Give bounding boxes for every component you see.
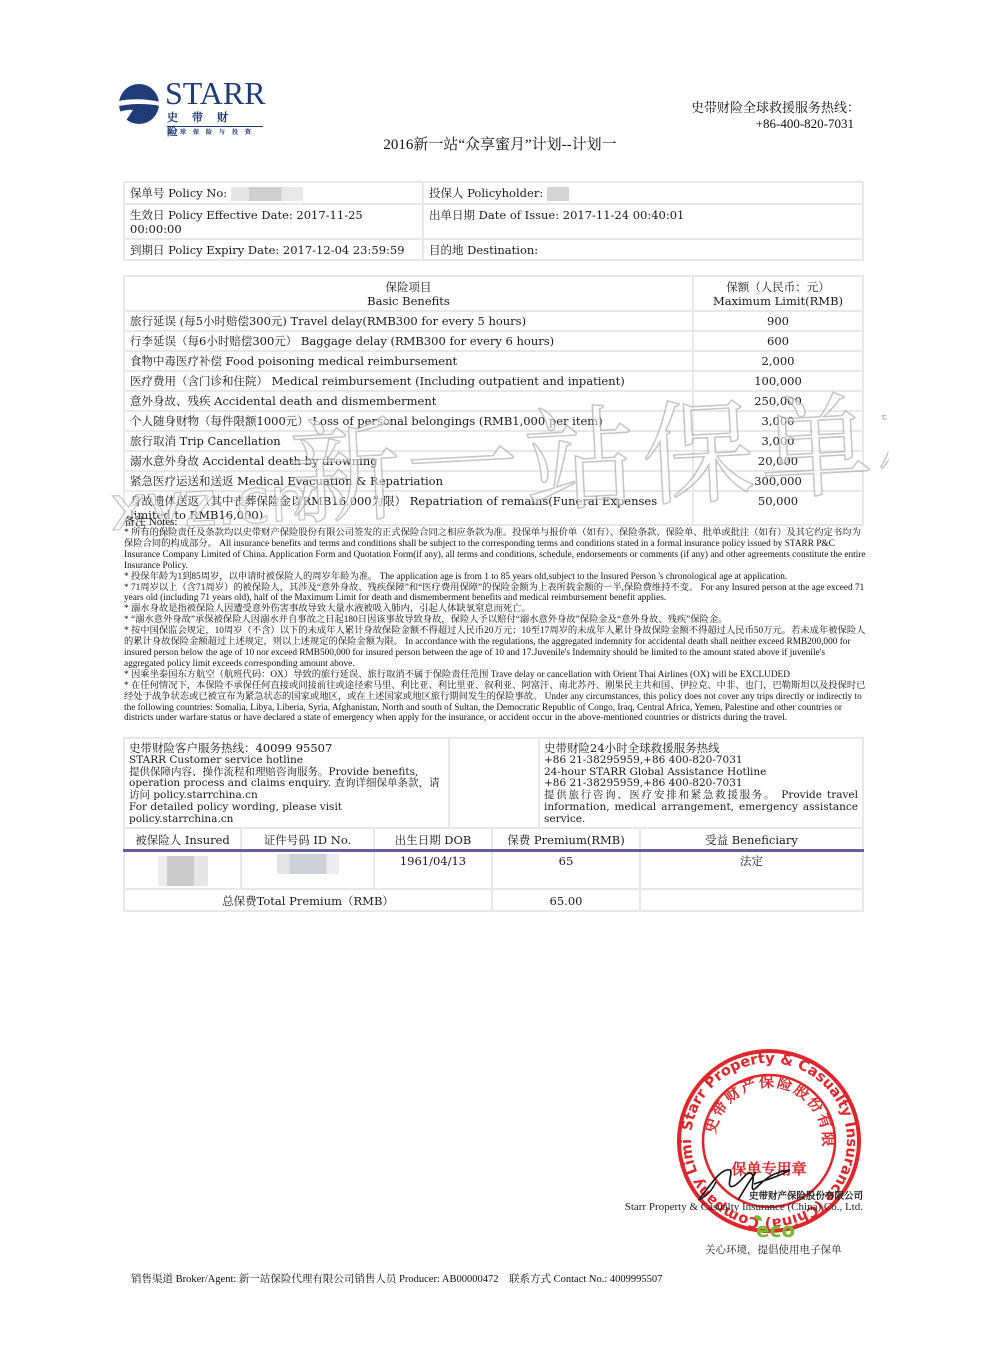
note-item: * 71周岁以上（含71周岁）的被保险人，其涉及“意外身故、残疾保障”和“医疗费… (124, 583, 866, 605)
company-name-cn: 史带财产保险股份有限公司 (749, 1188, 863, 1202)
benefit-item: 个人随身财物（每件限额1000元） Loss of personal belon… (124, 411, 693, 431)
table-row: 溺水意外身故 Accidental death by drowning20,00… (124, 451, 863, 471)
benefit-item: 行李延误（每6小时赔偿300元） Baggage delay (RMB300 f… (124, 331, 693, 351)
insured-col-header: 被保险人 Insured (124, 828, 241, 851)
broker-footer: 销售渠道 Broker/Agent: 新一站保险代理有限公司销售人员 Produ… (131, 1271, 662, 1286)
benefits-item-header-en: Basic Benefits (130, 294, 687, 308)
note-item: * 溺水身故是指被保险人因遭受意外伤害事故导致大量水液被吸入肺内，引起人体缺氧窒… (124, 604, 866, 615)
destination-cell: 目的地 Destination: (423, 239, 863, 260)
benefits-limit-header: 保额（人民币：元） Maximum Limit(RMB) (693, 276, 863, 311)
table-row: 行李延误（每6小时赔偿300元） Baggage delay (RMB300 f… (124, 331, 863, 351)
policy-info-table: 保单号 Policy No: 投保人 Policyholder: 生效日 Pol… (123, 181, 864, 261)
eco-leaf-icon: eco (748, 1212, 800, 1240)
note-item: * 按中国保监会规定，10周岁（不含）以下的未成年人累计身故保险金额不得超过人民… (124, 626, 866, 670)
id-no-cell (241, 851, 374, 890)
dob-col-header: 出生日期 DOB (374, 828, 492, 851)
benefit-limit: 600 (693, 331, 863, 351)
benefit-item: 意外身故、残疾 Accidental death and dismemberme… (124, 391, 693, 411)
benefit-item: 医疗费用（含门诊和住院） Medical reimbursement (Incl… (124, 371, 693, 391)
expiry-date-value: 2017-12-04 23:59:59 (283, 243, 405, 257)
contact-label: 联系方式 Contact No.: (509, 1274, 607, 1285)
benefits-limit-header-cn: 保额（人民币：元） (699, 280, 857, 294)
expiry-date-cell: 到期日 Policy Expiry Date: 2017-12-04 23:59… (124, 239, 423, 260)
table-row: 旅行延误 (每5小时赔偿300元) Travel delay(RMB300 fo… (124, 311, 863, 331)
policy-no-label: 保单号 Policy No: (130, 186, 227, 200)
insured-name-redacted (158, 856, 208, 886)
total-premium-label: 总保费Total Premium（RMB） (124, 889, 492, 911)
logo-wordmark: STARR (165, 76, 266, 110)
contact-value: 4009995507 (610, 1274, 663, 1285)
benefits-limit-header-en: Maximum Limit(RMB) (699, 294, 857, 308)
notes-section: 备注 Notes: * 所有的保险责任及条款均以史带财产保险股份有限公司签发的正… (124, 516, 866, 724)
document-title: 2016新一站“众享蜜月”计划--计划一 (0, 133, 1000, 154)
notes-list: * 所有的保险责任及条款均以史带财产保险股份有限公司签发的正式保险合同之相应条款… (124, 528, 866, 724)
note-item: * 在任何情况下，本保险不承保任何直接或间接前往或途径索马里、利比亚、利比里亚、… (124, 681, 866, 725)
global-assistance-line1: +86 21-38295959,+86 400-820-7031 (544, 755, 858, 767)
effective-date-cell: 生效日 Policy Effective Date: 2017-11-25 00… (124, 204, 423, 239)
benefit-item: 食物中毒医疗补偿 Food poisoning medical reimburs… (124, 351, 693, 371)
policyholder-redacted (547, 187, 569, 201)
benefits-item-header: 保险项目 Basic Benefits (124, 276, 693, 311)
premium-cell: 65 (492, 851, 640, 890)
svg-text:eco: eco (756, 1218, 795, 1240)
issue-date-cell: 出单日期 Date of Issue: 2017-11-24 00:40:01 (423, 204, 863, 239)
note-item: * 投保年龄为1到85周岁，以申请时被保险人的周岁年龄为准。 The appli… (124, 572, 866, 583)
benefit-limit: 3,000 (693, 431, 863, 451)
global-assistance-line4: 提供旅行咨询、医疗安排和紧急救援服务。 Provide travel infor… (544, 790, 858, 825)
customer-service-cell: 史带财险客户服务热线：40099 95507 STARR Customer se… (124, 738, 449, 828)
broker-value: 新一站保险代理有限公司 (239, 1274, 355, 1285)
beneficiary-cell: 法定 (640, 851, 863, 890)
total-premium-row: 总保费Total Premium（RMB） 65.00 (124, 889, 863, 911)
effective-date-label: 生效日 Policy Effective Date: (130, 208, 293, 222)
broker-label: 销售渠道 Broker/Agent: (131, 1274, 236, 1285)
policyholder-label: 投保人 Policyholder: (429, 186, 543, 200)
total-premium-empty (640, 889, 863, 911)
global-assistance-cell: 史带财险24小时全球救援服务热线 +86 21-38295959,+86 400… (539, 738, 863, 828)
id-no-redacted (277, 854, 339, 874)
logo-divider (167, 126, 263, 127)
producer-value: AB00000472 (442, 1274, 499, 1285)
customer-service-line1: STARR Customer service hotline (129, 755, 444, 767)
issue-date-value: 2017-11-24 00:40:01 (563, 208, 685, 222)
benefit-limit: 3,000 (693, 411, 863, 431)
destination-label: 目的地 Destination: (429, 243, 538, 257)
service-spacer-cell (449, 738, 539, 828)
table-row: 食物中毒医疗补偿 Food poisoning medical reimburs… (124, 351, 863, 371)
benefits-item-header-cn: 保险项目 (130, 280, 687, 294)
insured-table: 被保险人 Insured 证件号码 ID No. 出生日期 DOB 保费 Pre… (123, 827, 864, 912)
policyholder-cell: 投保人 Policyholder: (423, 182, 863, 204)
id-no-col-header: 证件号码 ID No. (241, 828, 374, 851)
premium-col-header: 保费 Premium(RMB) (492, 828, 640, 851)
benefit-limit: 300,000 (693, 471, 863, 491)
note-item: * “溺水意外身故”承保被保险人因溺水并自事故之日起180日因该事故导致身故，保… (124, 615, 866, 626)
policy-wording-link[interactable]: For detailed policy wording, please visi… (129, 802, 444, 825)
table-row: 个人随身财物（每件限额1000元） Loss of personal belon… (124, 411, 863, 431)
table-row: 医疗费用（含门诊和住院） Medical reimbursement (Incl… (124, 371, 863, 391)
note-item: * 所有的保险责任及条款均以史带财产保险股份有限公司签发的正式保险合同之相应条款… (124, 528, 866, 572)
global-assistance-hotline: 史带财险全球救援服务热线： +86-400-820-7031 (691, 100, 860, 132)
benefits-table: 保险项目 Basic Benefits 保额（人民币：元） Maximum Li… (123, 275, 864, 526)
table-row: 旅行取消 Trip Cancellation3,000 (124, 431, 863, 451)
table-row: 1961/04/13 65 法定 (124, 851, 863, 890)
starr-logo: STARR 史带财险 全球保险与投资 (117, 78, 267, 138)
policy-no-redacted (231, 187, 303, 201)
customer-service-line2: 提供保障内容、操作流程和理赔咨询服务。Provide benefits, ope… (129, 767, 444, 802)
benefit-item: 旅行延误 (每5小时赔偿300元) Travel delay(RMB300 fo… (124, 311, 693, 331)
benefit-item: 溺水意外身故 Accidental death by drowning (124, 451, 693, 471)
benefit-limit: 20,000 (693, 451, 863, 471)
issue-date-label: 出单日期 Date of Issue: (429, 208, 559, 222)
benefit-item: 紧急医疗运送和送返 Medical Evacuation & Repatriat… (124, 471, 693, 491)
service-hotlines-table: 史带财险客户服务热线：40099 95507 STARR Customer se… (123, 737, 864, 829)
starr-globe-logo-icon (117, 82, 161, 126)
policy-no-cell: 保单号 Policy No: (124, 182, 423, 204)
table-row: 紧急医疗运送和送返 Medical Evacuation & Repatriat… (124, 471, 863, 491)
producer-label: 销售人员 Producer: (354, 1274, 439, 1285)
expiry-date-label: 到期日 Policy Expiry Date: (130, 243, 279, 257)
benefit-item: 旅行取消 Trip Cancellation (124, 431, 693, 451)
benefit-limit: 100,000 (693, 371, 863, 391)
dob-cell: 1961/04/13 (374, 851, 492, 890)
hotline-label: 史带财险全球救援服务热线： (691, 100, 860, 115)
hotline-number: +86-400-820-7031 (691, 116, 860, 132)
benefit-limit: 900 (693, 311, 863, 331)
beneficiary-col-header: 受益 Beneficiary (640, 828, 863, 851)
benefit-limit: 250,000 (693, 391, 863, 411)
eco-slogan: 关心环境，提倡使用电子保单 (705, 1242, 842, 1257)
total-premium-value: 65.00 (492, 889, 640, 911)
table-row: 意外身故、残疾 Accidental death and dismemberme… (124, 391, 863, 411)
company-name-en: Starr Property & Casualty Insurance (Chi… (625, 1201, 863, 1213)
notes-title: 备注 Notes: (124, 516, 866, 528)
benefit-limit: 2,000 (693, 351, 863, 371)
note-item: * 因乘坐泰国东方航空（航班代码：OX）导致的旅行延误、旅行取消不属于保险责任范… (124, 670, 866, 681)
insured-name-cell (124, 851, 241, 890)
